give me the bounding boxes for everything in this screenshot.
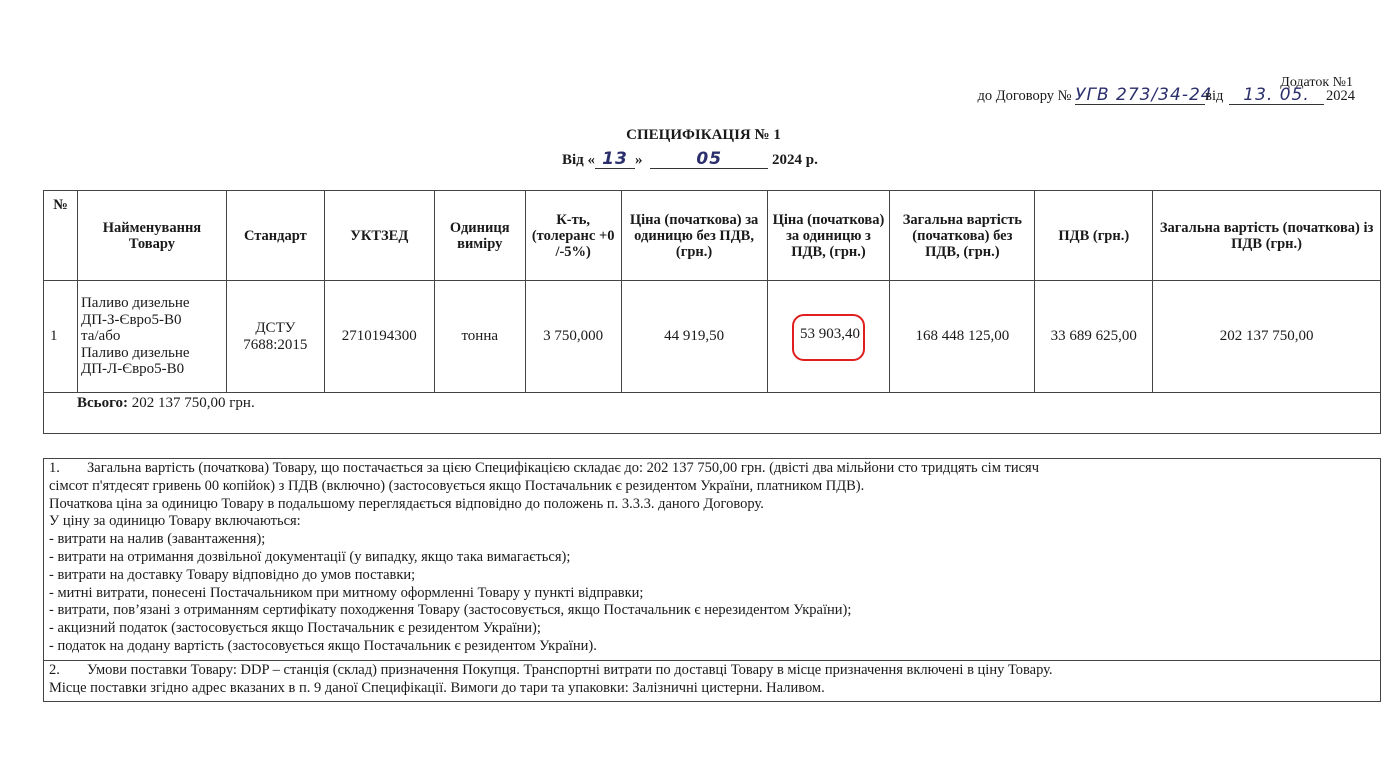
contract-prefix: до Договору № — [977, 88, 1071, 104]
table-header-row: № Найменування Товару Стандарт УКТЗЕД Од… — [44, 191, 1381, 281]
spec-date: Від «13» 05 2024 р. — [562, 150, 818, 169]
col-header-price-no-vat: Ціна (початкова) за одиницю без ПДВ, (гр… — [621, 191, 767, 281]
term-line: - витрати на доставку Товару відповідно … — [49, 567, 1376, 585]
name-line: Паливо дизельне — [81, 295, 223, 312]
term-line: Початкова ціна за одиницю Товару в подал… — [49, 496, 1376, 514]
spec-day: 13 — [595, 150, 635, 169]
cell-quantity: 3 750,000 — [525, 281, 621, 393]
term-item-2: 2.Умови поставки Товару: DDP – станція (… — [43, 661, 1381, 703]
term-number: 1. — [49, 460, 87, 478]
col-header-total-with-vat: Загальна вартість (початкова) із ПДВ (гр… — [1153, 191, 1381, 281]
spec-year: 2024 р. — [772, 152, 818, 168]
term-line: - податок на додану вартість (застосовує… — [49, 638, 1376, 656]
col-header-code: УКТЗЕД — [324, 191, 434, 281]
cell-total: Всього: 202 137 750,00 грн. — [44, 393, 1381, 434]
contract-date: 13. 05. — [1229, 86, 1324, 105]
terms-section: 1.Загальна вартість (початкова) Товару, … — [43, 458, 1381, 702]
cell-code: 2710194300 — [324, 281, 434, 393]
col-header-quantity: К-ть, (толеранс +0 /-5%) — [525, 191, 621, 281]
spec-month: 05 — [650, 150, 768, 169]
col-header-no: № — [44, 191, 78, 281]
cell-total-no-vat: 168 448 125,00 — [890, 281, 1035, 393]
col-header-total-no-vat: Загальна вартість (початкова) без ПДВ, (… — [890, 191, 1035, 281]
name-line: ДП-З-Євро5-В0 — [81, 312, 223, 329]
cell-price-with-vat: 53 903,40 — [767, 281, 890, 393]
cell-total-with-vat: 202 137 750,00 — [1153, 281, 1381, 393]
cell-price-no-vat: 44 919,50 — [621, 281, 767, 393]
contract-year: 2024 — [1326, 88, 1355, 104]
standard-line: ДСТУ — [230, 320, 321, 337]
cell-unit: тонна — [434, 281, 525, 393]
spec-day-close: » — [635, 152, 643, 168]
term-line: - витрати на налив (завантаження); — [49, 531, 1376, 549]
term-line: Загальна вартість (початкова) Товару, що… — [87, 460, 1039, 476]
term-number: 2. — [49, 662, 87, 680]
contract-reference: до Договору № УГВ 273/34-24від 13. 05.20… — [977, 86, 1355, 105]
col-header-name: Найменування Товару — [77, 191, 226, 281]
table-total-row: Всього: 202 137 750,00 грн. — [44, 393, 1381, 434]
cell-name: Паливо дизельне ДП-З-Євро5-В0 та/або Пал… — [77, 281, 226, 393]
table-row: 1 Паливо дизельне ДП-З-Євро5-В0 та/або П… — [44, 281, 1381, 393]
total-value: 202 137 750,00 грн. — [132, 395, 255, 411]
term-line: сімсот п'ятдесят гривень 00 копійок) з П… — [49, 478, 1376, 496]
term-line: - митні витрати, понесені Постачальником… — [49, 585, 1376, 603]
term-line: Умови поставки Товару: DDP – станція (ск… — [87, 662, 1053, 678]
term-line: Місце поставки згідно адрес вказаних в п… — [49, 680, 1376, 698]
spec-title: СПЕЦИФІКАЦІЯ № 1 — [0, 127, 1393, 144]
spec-date-prefix: Від « — [562, 152, 595, 168]
cell-no: 1 — [44, 281, 78, 393]
term-line: - витрати на отримання дозвільної докуме… — [49, 549, 1376, 567]
col-header-price-with-vat: Ціна (початкова) за одиницю з ПДВ, (грн.… — [767, 191, 890, 281]
term-line: - акцизний податок (застосовується якщо … — [49, 620, 1376, 638]
name-line: ДП-Л-Євро5-В0 — [81, 361, 223, 378]
term-line: - витрати, пов’язані з отриманням сертиф… — [49, 602, 1376, 620]
total-label: Всього: — [77, 395, 128, 411]
cell-standard: ДСТУ 7688:2015 — [226, 281, 324, 393]
contract-number: УГВ 273/34-24 — [1075, 86, 1205, 105]
name-line: та/або — [81, 328, 223, 345]
name-line: Паливо дизельне — [81, 345, 223, 362]
col-header-standard: Стандарт — [226, 191, 324, 281]
specification-table: № Найменування Товару Стандарт УКТЗЕД Од… — [43, 190, 1381, 434]
col-header-vat: ПДВ (грн.) — [1035, 191, 1153, 281]
highlighted-price: 53 903,40 — [792, 314, 865, 361]
standard-line: 7688:2015 — [230, 337, 321, 354]
cell-vat: 33 689 625,00 — [1035, 281, 1153, 393]
col-header-unit: Одиниця виміру — [434, 191, 525, 281]
term-item-1: 1.Загальна вартість (початкова) Товару, … — [43, 458, 1381, 661]
contract-date-prefix: від — [1205, 88, 1223, 104]
term-line: У ціну за одиницю Товару включаються: — [49, 513, 1376, 531]
